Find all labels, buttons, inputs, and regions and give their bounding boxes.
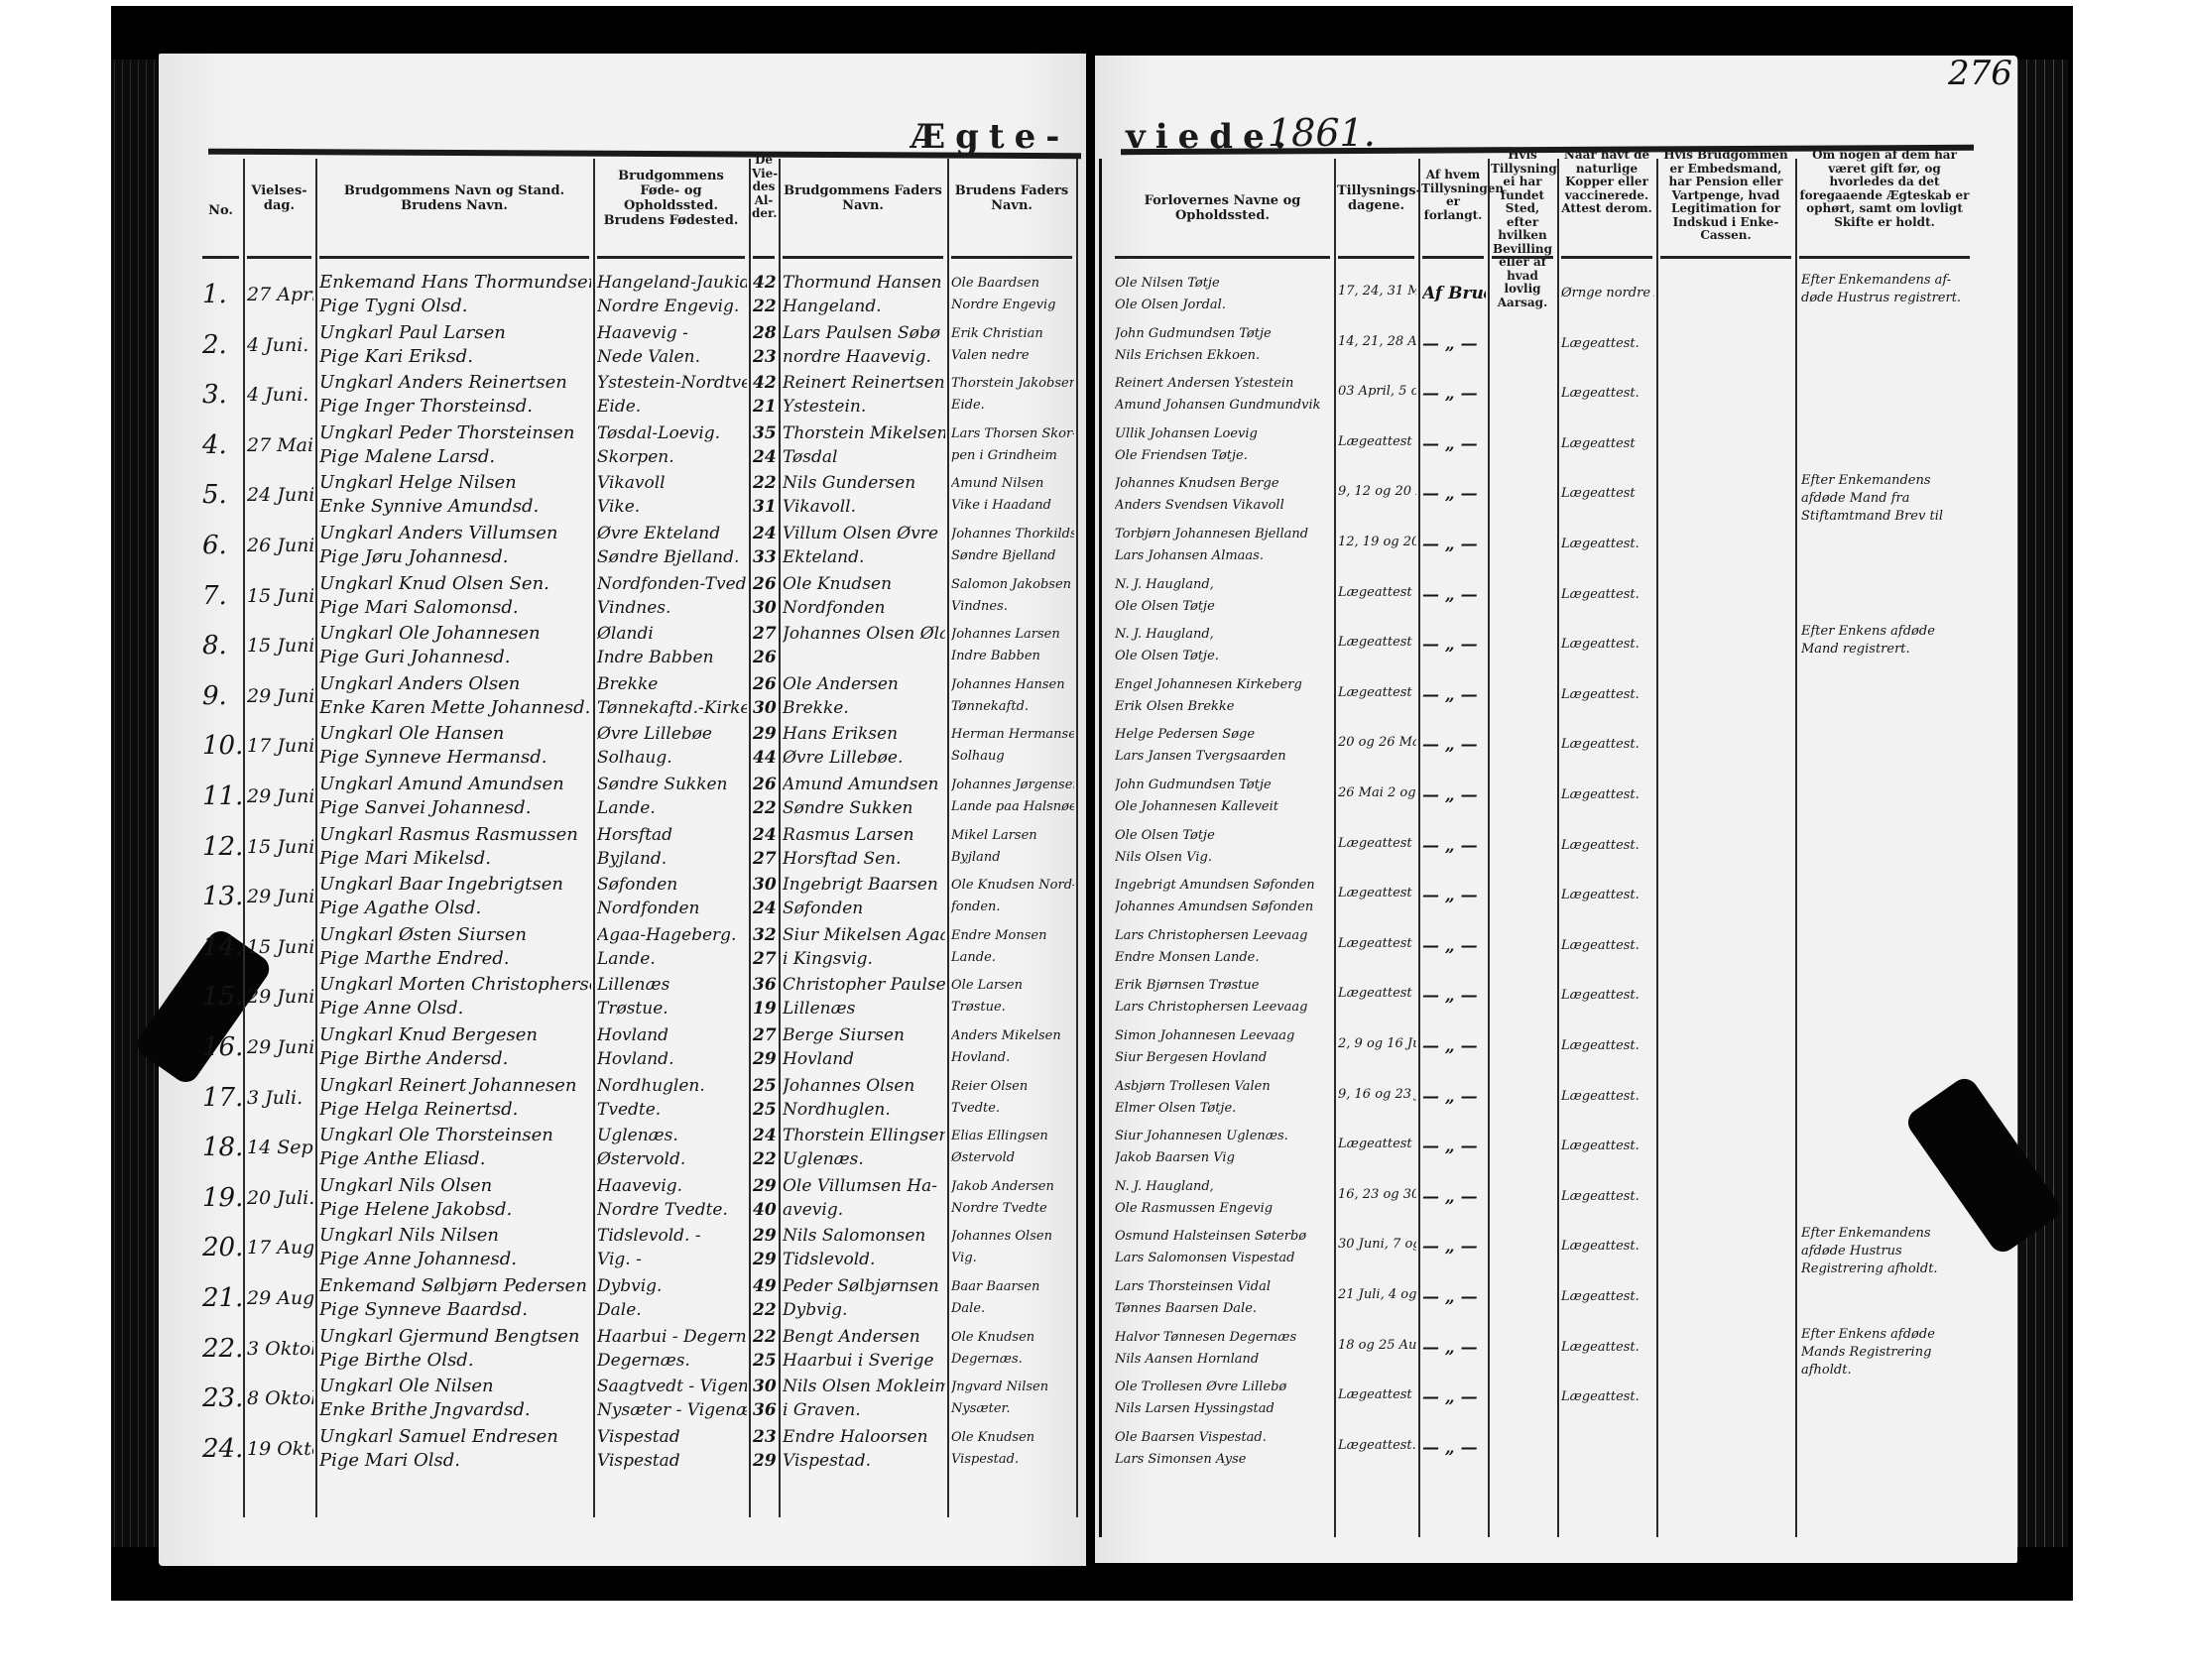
- entry-groom: Enkemand Hans Thormundsen: [319, 270, 591, 296]
- entry-bride: Pige Kari Eriksd.: [319, 344, 591, 370]
- entry-witness-2: Ole Johannesen Kalleveit: [1115, 797, 1332, 817]
- entry-bride-father-place: Indre Babben: [951, 647, 1074, 666]
- entry-bride: Enke Karen Mette Johannesd.: [319, 695, 591, 721]
- entry-witness-1: Engel Johannesen Kirkeberg: [1115, 675, 1332, 695]
- entry-number: 2.: [202, 330, 241, 360]
- entry-bride-father: Baar Baarsen: [951, 1277, 1074, 1297]
- entry-bride-father: Ole Baardsen: [951, 274, 1074, 294]
- entry-witness-1: N. J. Haugland,: [1115, 1177, 1332, 1197]
- entry-banns-days: 18 og 25 August, 4 Septbr: [1338, 1336, 1416, 1356]
- entry-groom-place: Agaa-Hageberg.: [597, 922, 747, 948]
- entry-date: 27 April: [247, 284, 313, 305]
- entry-groom: Ungkarl Østen Siursen: [319, 922, 591, 948]
- entry-date: 14 Septbr.: [247, 1137, 313, 1158]
- entry-banns-days: 2, 9 og 16 Juni.: [1338, 1034, 1416, 1054]
- entry-bride-place: Dale.: [597, 1297, 747, 1323]
- entry-groom-place: Haavevig -: [597, 320, 747, 346]
- entry-groom-father-place: Vispestad.: [783, 1448, 945, 1474]
- entry-bride-father-place: Vig.: [951, 1249, 1074, 1268]
- book-edge-right: [2013, 60, 2068, 1547]
- header-age: De Vie-des Al-der.: [752, 154, 776, 221]
- entry-bride-age: 26.: [753, 645, 777, 670]
- entry-groom-father: Ingebrigt Baarsen: [783, 872, 945, 898]
- entry-groom-father: Reinert Reinertsen: [783, 370, 945, 396]
- entry-vaccination: Lægeattest.: [1561, 735, 1654, 755]
- entry-bride-age: 44: [753, 745, 777, 771]
- entry-witness-1: Ullik Johansen Loevig: [1115, 424, 1332, 444]
- entry-bride-age: 33: [753, 544, 777, 570]
- entry-banns-days: 9, 12 og 20 Mai: [1338, 482, 1416, 502]
- entry-groom-place: Hangeland-Jaukidtn: [597, 270, 747, 296]
- entry-banns-by: — „ —: [1422, 334, 1486, 354]
- entry-witness-1: Torbjørn Johannesen Bjelland: [1115, 525, 1332, 544]
- entry-witness-2: Anders Svendsen Vikavoll: [1115, 496, 1332, 516]
- entry-groom-place: Øvre Lillebøe: [597, 721, 747, 747]
- entry-witness-1: John Gudmundsen Tøtje: [1115, 324, 1332, 344]
- entry-witness-1: Johannes Knudsen Berge: [1115, 474, 1332, 494]
- entry-banns-days: Lægeattest: [1338, 683, 1416, 703]
- entry-groom-father: Christopher Paulsen: [783, 972, 945, 998]
- entry-date: 20 Juli.: [247, 1187, 313, 1209]
- entry-groom-father-place: Ystestein.: [783, 394, 945, 420]
- entry-witness-2: Lars Christophersen Leevaag: [1115, 998, 1332, 1018]
- entry-banns-by: — „ —: [1422, 1237, 1486, 1257]
- entry-bride-place: Tønnekaftd.-Kirken: [597, 695, 747, 721]
- entry-banns-by: — „ —: [1422, 986, 1486, 1006]
- column-divider: [1418, 159, 1420, 1537]
- entry-groom-age: 42: [753, 370, 777, 396]
- entry-groom: Enkemand Sølbjørn Pedersen: [319, 1273, 591, 1299]
- entry-number: 3.: [202, 380, 241, 410]
- entry-groom-place: Søfonden: [597, 872, 747, 898]
- entry-vaccination: Lægeattest: [1561, 434, 1654, 454]
- entry-bride-father-place: Nordre Engevig: [951, 296, 1074, 315]
- entry-groom-father-place: Brekke.: [783, 695, 945, 721]
- entry-groom-age: 32.: [753, 922, 777, 948]
- entry-bride-place: Vispestad: [597, 1448, 747, 1474]
- entry-groom-father-place: Tidslevold.: [783, 1247, 945, 1272]
- entry-groom: Ungkarl Ole Johannesen: [319, 621, 591, 647]
- entry-banns-days: 26 Mai 2 og 9 Juni.: [1338, 783, 1416, 803]
- entry-groom-father-place: Hangeland.: [783, 294, 945, 319]
- entry-groom-age: 29: [753, 721, 777, 747]
- entry-groom: Ungkarl Baar Ingebrigtsen: [319, 872, 591, 898]
- entry-bride: Pige Mari Mikelsd.: [319, 846, 591, 872]
- header-underline: [951, 256, 1072, 259]
- entry-date: 19 Oktober: [247, 1438, 313, 1460]
- entry-vaccination: Lægeattest.: [1561, 986, 1654, 1006]
- entry-groom-place: Øvre Ekteland: [597, 521, 747, 546]
- entry-bride: Pige Inger Thorsteinsd.: [319, 394, 591, 420]
- column-divider: [1076, 159, 1078, 1517]
- entry-groom-father: Thorstein Mikelsen: [783, 420, 945, 446]
- entry-groom-place: Ystestein-Nordtvedt: [597, 370, 747, 396]
- entry-banns-by: — „ —: [1422, 836, 1486, 856]
- entry-witness-1: Ole Nilsen Tøtje: [1115, 274, 1332, 294]
- entry-bride-place: Nysæter - Vigenæs.: [597, 1397, 747, 1423]
- header-witnesses: Forlovernes Navne og Opholdssted.: [1114, 193, 1331, 223]
- entry-bride-age: 27.: [753, 946, 777, 972]
- header-underline: [1561, 256, 1652, 259]
- entry-banns-by: — „ —: [1422, 1438, 1486, 1458]
- entry-witness-1: John Gudmundsen Tøtje: [1115, 776, 1332, 795]
- entry-vaccination: Lægeattest.: [1561, 886, 1654, 905]
- entry-bride-father: Endre Monsen: [951, 926, 1074, 946]
- entry-bride: Pige Birthe Andersd.: [319, 1046, 591, 1072]
- entry-previous-marriage-note: Efter Enkens afdøde Mands Registrering a…: [1801, 1326, 1970, 1381]
- entry-bride: Pige Marthe Endred.: [319, 946, 591, 972]
- entry-banns-by: — „ —: [1422, 1387, 1486, 1407]
- entry-groom-father-place: Ekteland.: [783, 544, 945, 570]
- entry-bride-father: Johannes Jørgensen: [951, 776, 1074, 795]
- entry-banns-by: — „ —: [1422, 1036, 1486, 1056]
- entry-banns-by: — „ —: [1422, 685, 1486, 705]
- entry-groom-age: 36: [753, 972, 777, 998]
- entry-banns-by: — „ —: [1422, 585, 1486, 605]
- entry-witness-2: Nils Larsen Hyssingstad: [1115, 1399, 1332, 1419]
- entry-bride-place: Lande.: [597, 946, 747, 972]
- entry-groom-age: 28: [753, 320, 777, 346]
- entry-groom-father-place: Nordhuglen.: [783, 1097, 945, 1123]
- header-names: Brudgommens Navn og Stand. Brudens Navn.: [318, 183, 590, 213]
- entry-groom-father-place: Vikavoll.: [783, 494, 945, 520]
- entry-bride-age: 31.: [753, 494, 777, 520]
- entry-bride-place: Nordfonden: [597, 896, 747, 921]
- entry-groom-age: 27.: [753, 621, 777, 647]
- entry-bride-age: 29.: [753, 1448, 777, 1474]
- header-banns-by: Af hvem Tillysningen er forlangt.: [1421, 169, 1485, 222]
- entry-groom-age: 26.: [753, 671, 777, 697]
- entry-groom-age: 24.: [753, 1123, 777, 1148]
- entry-groom-place: Uglenæs.: [597, 1123, 747, 1148]
- entry-witness-1: Ingebrigt Amundsen Søfonden: [1115, 876, 1332, 896]
- entry-bride-place: Hovland.: [597, 1046, 747, 1072]
- entry-bride: Pige Helga Reinertsd.: [319, 1097, 591, 1123]
- entry-groom-place: Tøsdal-Loevig.: [597, 420, 747, 446]
- entry-groom-father-place: Søndre Sukken: [783, 795, 945, 821]
- entry-bride-age: 36.: [753, 1397, 777, 1423]
- entry-banns-by: — „ —: [1422, 1287, 1486, 1307]
- entry-bride-father: Ole Knudsen: [951, 1428, 1074, 1448]
- entry-bride-place: Vike.: [597, 494, 747, 520]
- entry-date: 27 Mai.: [247, 434, 313, 456]
- entry-vaccination: Lægeattest.: [1561, 1338, 1654, 1358]
- entry-bride-father-place: fonden.: [951, 898, 1074, 917]
- entry-groom: Ungkarl Peder Thorsteinsen: [319, 420, 591, 446]
- entry-bride-father-place: Solhaug: [951, 747, 1074, 767]
- entry-witness-1: N. J. Haugland,: [1115, 625, 1332, 645]
- title-left: Ægte-: [911, 117, 1069, 157]
- entry-bride-place: Østervold.: [597, 1146, 747, 1172]
- entry-bride-place: Indre Babben: [597, 645, 747, 670]
- entry-witness-1: Ole Trollesen Øvre Lillebø: [1115, 1378, 1332, 1397]
- entry-number: 5.: [202, 480, 241, 510]
- entry-date: 29 Juni: [247, 986, 313, 1008]
- entry-banns-days: 30 Juni, 7 og 14 Juli: [1338, 1235, 1416, 1255]
- entry-bride: Pige Birthe Olsd.: [319, 1348, 591, 1374]
- entry-groom-place: Vikavoll: [597, 470, 747, 496]
- entry-groom: Ungkarl Nils Olsen: [319, 1173, 591, 1199]
- page-gutter-line: [1099, 159, 1102, 1537]
- entry-bride: Pige Mari Olsd.: [319, 1448, 591, 1474]
- entry-witness-1: N. J. Haugland,: [1115, 575, 1332, 595]
- header-official: Hvis Brudgommen er Embedsmand, har Pensi…: [1659, 149, 1792, 243]
- entry-groom-age: 27.: [753, 1022, 777, 1048]
- entry-witness-1: Lars Thorsteinsen Vidal: [1115, 1277, 1332, 1297]
- entry-groom-place: Lillenæs: [597, 972, 747, 998]
- header-underline: [1338, 256, 1414, 259]
- entry-bride-father-place: Søndre Bjelland: [951, 546, 1074, 566]
- header-underline: [319, 256, 589, 259]
- entry-vaccination: Lægeattest.: [1561, 1036, 1654, 1056]
- entry-groom-place: Haarbui - Degernæs: [597, 1324, 747, 1350]
- entry-banns-by: Af Brudgommen: [1422, 284, 1486, 303]
- entry-date: 17 August.: [247, 1237, 313, 1259]
- entry-bride-father: Johannes Olsen: [951, 1227, 1074, 1247]
- entry-witness-2: Nils Erichsen Ekkoen.: [1115, 346, 1332, 366]
- entry-number: 6.: [202, 531, 241, 560]
- entry-groom-age: 29: [753, 1223, 777, 1249]
- entry-groom-place: Nordhuglen.: [597, 1073, 747, 1099]
- entry-number: 18.: [202, 1133, 241, 1162]
- header-underline: [1492, 256, 1553, 259]
- entry-date: 8 Oktober: [247, 1387, 313, 1409]
- entry-groom-place: Tidslevold. -: [597, 1223, 747, 1249]
- entry-bride: Enke Brithe Jngvardsd.: [319, 1397, 591, 1423]
- entry-banns-days: Lægeattest: [1338, 633, 1416, 653]
- entry-bride-father: Jakob Andersen: [951, 1177, 1074, 1197]
- column-divider: [593, 159, 595, 1517]
- header-date: Vielses-dag.: [246, 183, 312, 213]
- header-no-banns: Hvis Tillysning ei har fundet Sted, efte…: [1491, 149, 1554, 309]
- entry-witness-2: Johannes Amundsen Søfonden: [1115, 898, 1332, 917]
- entry-witness-2: Siur Bergesen Hovland: [1115, 1048, 1332, 1068]
- entry-bride-father-place: Byjland: [951, 848, 1074, 868]
- entry-bride: Pige Helene Jakobsd.: [319, 1197, 591, 1223]
- entry-number: 17.: [202, 1083, 241, 1113]
- entry-groom: Ungkarl Rasmus Rasmussen: [319, 822, 591, 848]
- entry-bride-age: 25.: [753, 1097, 777, 1123]
- entry-groom-father: Thorstein Ellingsen: [783, 1123, 945, 1148]
- entry-groom-place: Saagtvedt - Vigenæs.: [597, 1374, 747, 1399]
- entry-vaccination: Lægeattest.: [1561, 1187, 1654, 1207]
- entry-witness-2: Ole Olsen Tøtje: [1115, 597, 1332, 617]
- entry-vaccination: Lægeattest.: [1561, 1237, 1654, 1257]
- entry-groom-place: Brekke: [597, 671, 747, 697]
- entry-bride-place: Skorpen.: [597, 444, 747, 470]
- header-groom-father: Brudgommens Faders Navn.: [782, 183, 944, 213]
- entry-bride-place: Nordre Tvedte.: [597, 1197, 747, 1223]
- entry-groom-father-place: Hovland: [783, 1046, 945, 1072]
- entry-bride-father-place: Østervold: [951, 1148, 1074, 1168]
- column-divider: [947, 159, 949, 1517]
- entry-number: 8.: [202, 631, 241, 660]
- entry-witness-1: Reinert Andersen Ystestein: [1115, 374, 1332, 394]
- entry-witness-1: Ole Olsen Tøtje: [1115, 826, 1332, 846]
- entry-groom-father-place: avevig.: [783, 1197, 945, 1223]
- entry-groom-place: Vispestad: [597, 1424, 747, 1450]
- entry-bride-father: Johannes Hansen: [951, 675, 1074, 695]
- entry-groom-age: 26.: [753, 772, 777, 797]
- entry-date: 29 Juni: [247, 1036, 313, 1058]
- entry-bride-father: Johannes Larsen: [951, 625, 1074, 645]
- entry-date: 15 Juni: [247, 936, 313, 958]
- entry-groom-father: Berge Siursen: [783, 1022, 945, 1048]
- entry-groom-father: Villum Olsen Øvre: [783, 521, 945, 546]
- entry-bride-age: 30.: [753, 695, 777, 721]
- entry-vaccination: Lægeattest: [1561, 484, 1654, 504]
- column-divider: [779, 159, 781, 1517]
- entry-bride-father-place: Vindnes.: [951, 597, 1074, 617]
- entry-bride: Pige Tygni Olsd.: [319, 294, 591, 319]
- entry-groom-father: Johannes Olsen Ølandi.: [783, 621, 945, 647]
- page-number: 276: [1948, 54, 2012, 93]
- entry-banns-days: 12, 19 og 20 Mai: [1338, 533, 1416, 552]
- entry-banns-by: — „ —: [1422, 1338, 1486, 1358]
- entry-groom: Ungkarl Ole Thorsteinsen: [319, 1123, 591, 1148]
- entry-groom: Ungkarl Knud Olsen Sen.: [319, 571, 591, 597]
- entry-date: 17 Juni.: [247, 735, 313, 757]
- entry-number: 24.: [202, 1434, 241, 1464]
- entry-bride-age: 23.: [753, 344, 777, 370]
- entry-vaccination: Lægeattest.: [1561, 585, 1654, 605]
- entry-banns-days: Lægeattest: [1338, 1135, 1416, 1154]
- entry-banns-days: 21 Juli, 4 og 11 August.: [1338, 1285, 1416, 1305]
- entry-number: 20.: [202, 1233, 241, 1262]
- entry-vaccination: Lægeattest.: [1561, 1137, 1654, 1156]
- entry-groom-father: Rasmus Larsen: [783, 822, 945, 848]
- entry-groom-age: 23.: [753, 1424, 777, 1450]
- entry-groom-father: Bengt Andersen: [783, 1324, 945, 1350]
- entry-banns-days: 17, 24, 31 Marts: [1338, 282, 1416, 301]
- entry-number: 15.: [202, 982, 241, 1012]
- entry-banns-days: 16, 23 og 30 Juni.: [1338, 1185, 1416, 1205]
- header-bride-father: Brudens Faders Navn.: [950, 183, 1073, 213]
- entry-date: 29 Juni: [247, 785, 313, 807]
- entry-groom-father-place: nordre Haavevig.: [783, 344, 945, 370]
- entry-bride-father-place: Lande.: [951, 948, 1074, 968]
- entry-vaccination: Lægeattest.: [1561, 384, 1654, 404]
- column-divider: [315, 159, 317, 1517]
- entry-bride-age: 22: [753, 294, 777, 319]
- entry-date: 26 Juni: [247, 535, 313, 556]
- entry-bride-father: Elias Ellingsen: [951, 1127, 1074, 1146]
- entry-previous-marriage-note: Efter Enkens afdøde Mand registrert.: [1801, 623, 1970, 678]
- entry-number: 23.: [202, 1383, 241, 1413]
- entry-bride-father: Mikel Larsen: [951, 826, 1074, 846]
- entry-groom: Ungkarl Ole Hansen: [319, 721, 591, 747]
- entry-bride-age: 29.: [753, 1247, 777, 1272]
- entry-groom-father-place: Haarbui i Sverige: [783, 1348, 945, 1374]
- column-divider: [1488, 159, 1490, 1537]
- header-underline: [247, 256, 311, 259]
- entry-groom: Ungkarl Ole Nilsen: [319, 1374, 591, 1399]
- entry-bride: Pige Synneve Hermansd.: [319, 745, 591, 771]
- entry-bride-father: Thorstein Jakobsen: [951, 374, 1074, 394]
- entry-bride-father: Jngvard Nilsen: [951, 1378, 1074, 1397]
- entry-bride: Pige Anthe Eliasd.: [319, 1146, 591, 1172]
- entry-bride-father: Ole Knudsen: [951, 1328, 1074, 1348]
- entry-groom: Ungkarl Reinert Johannesen: [319, 1073, 591, 1099]
- entry-groom-father: Nils Olsen Mokleim: [783, 1374, 945, 1399]
- entry-groom: Ungkarl Amund Amundsen: [319, 772, 591, 797]
- entry-groom-age: 30.: [753, 872, 777, 898]
- entry-vaccination: Lægeattest.: [1561, 936, 1654, 956]
- column-divider: [1557, 159, 1559, 1537]
- entry-witness-1: Ole Baarsen Vispestad.: [1115, 1428, 1332, 1448]
- entry-vaccination: Lægeattest.: [1561, 785, 1654, 805]
- entry-witness-2: Elmer Olsen Tøtje.: [1115, 1099, 1332, 1119]
- entry-bride-place: Byjland.: [597, 846, 747, 872]
- entry-groom-place: Horsftad: [597, 822, 747, 848]
- entry-bride-father-place: Vike i Haadand: [951, 496, 1074, 516]
- entry-vaccination: Lægeattest.: [1561, 1387, 1654, 1407]
- header-underline: [1422, 256, 1484, 259]
- entry-groom: Ungkarl Nils Nilsen: [319, 1223, 591, 1249]
- header-underline: [1799, 256, 1970, 259]
- entry-banns-days: 9, 16 og 23 Juni.: [1338, 1085, 1416, 1105]
- entry-witness-2: Ole Olsen Jordal.: [1115, 296, 1332, 315]
- entry-groom-father: Ole Andersen: [783, 671, 945, 697]
- entry-number: 13.: [202, 882, 241, 911]
- column-divider: [243, 159, 245, 1517]
- entry-previous-marriage-note: Efter Enkemandens afdøde Hustrus Registr…: [1801, 1225, 1970, 1280]
- entry-number: 10.: [202, 731, 241, 761]
- entry-number: 14.: [202, 932, 241, 962]
- entry-banns-by: — „ —: [1422, 1087, 1486, 1107]
- entry-bride-father: Lars Thorsen Skor-: [951, 424, 1074, 444]
- entry-groom-father: Lars Paulsen Søbø: [783, 320, 945, 346]
- entry-witness-2: Ole Rasmussen Engevig: [1115, 1199, 1332, 1219]
- entry-bride-place: Solhaug.: [597, 745, 747, 771]
- entry-groom-place: Haavevig.: [597, 1173, 747, 1199]
- entry-previous-marriage-note: Efter Enkemandens afdøde Mand fra Stifta…: [1801, 472, 1970, 528]
- entry-banns-by: — „ —: [1422, 735, 1486, 755]
- entry-date: 29 Juni: [247, 886, 313, 907]
- entry-bride: Pige Sanvei Johannesd.: [319, 795, 591, 821]
- entry-witness-1: Erik Bjørnsen Trøstue: [1115, 976, 1332, 996]
- entry-witness-1: Halvor Tønnesen Degernæs: [1115, 1328, 1332, 1348]
- entry-groom-father: Ole Villumsen Ha-: [783, 1173, 945, 1199]
- entry-witness-1: Lars Christophersen Leevaag: [1115, 926, 1332, 946]
- entry-groom-father: Endre Haloorsen: [783, 1424, 945, 1450]
- entry-groom-age: 24.: [753, 822, 777, 848]
- entry-bride-father: Herman Hermansen: [951, 725, 1074, 745]
- entry-bride-father-place: Nordre Tvedte: [951, 1199, 1074, 1219]
- entry-groom-place: Søndre Sukken: [597, 772, 747, 797]
- entry-bride-father-place: Nysæter.: [951, 1399, 1074, 1419]
- entry-vaccination: Lægeattest.: [1561, 635, 1654, 655]
- entry-bride-father: Amund Nilsen: [951, 474, 1074, 494]
- entry-groom-age: 42: [753, 270, 777, 296]
- entry-bride-father: Johannes Thorkildsen: [951, 525, 1074, 544]
- entry-banns-by: — „ —: [1422, 635, 1486, 655]
- entry-bride: Pige Mari Salomonsd.: [319, 595, 591, 621]
- entry-groom-father: Hans Eriksen: [783, 721, 945, 747]
- entry-groom-age: 22.: [753, 1324, 777, 1350]
- entry-bride-place: Søndre Bjelland.: [597, 544, 747, 570]
- header-underline: [202, 256, 239, 259]
- entry-groom-age: 29: [753, 1173, 777, 1199]
- entry-bride-place: Nede Valen.: [597, 344, 747, 370]
- entry-bride-father: Anders Mikelsen: [951, 1026, 1074, 1046]
- entry-bride-father-place: Tvedte.: [951, 1099, 1074, 1119]
- entry-groom-age: 24: [753, 521, 777, 546]
- entry-witness-2: Endre Monsen Lande.: [1115, 948, 1332, 968]
- entry-banns-by: — „ —: [1422, 936, 1486, 956]
- entry-groom-father: Nils Salomonsen: [783, 1223, 945, 1249]
- entry-banns-days: Lægeattest: [1338, 884, 1416, 903]
